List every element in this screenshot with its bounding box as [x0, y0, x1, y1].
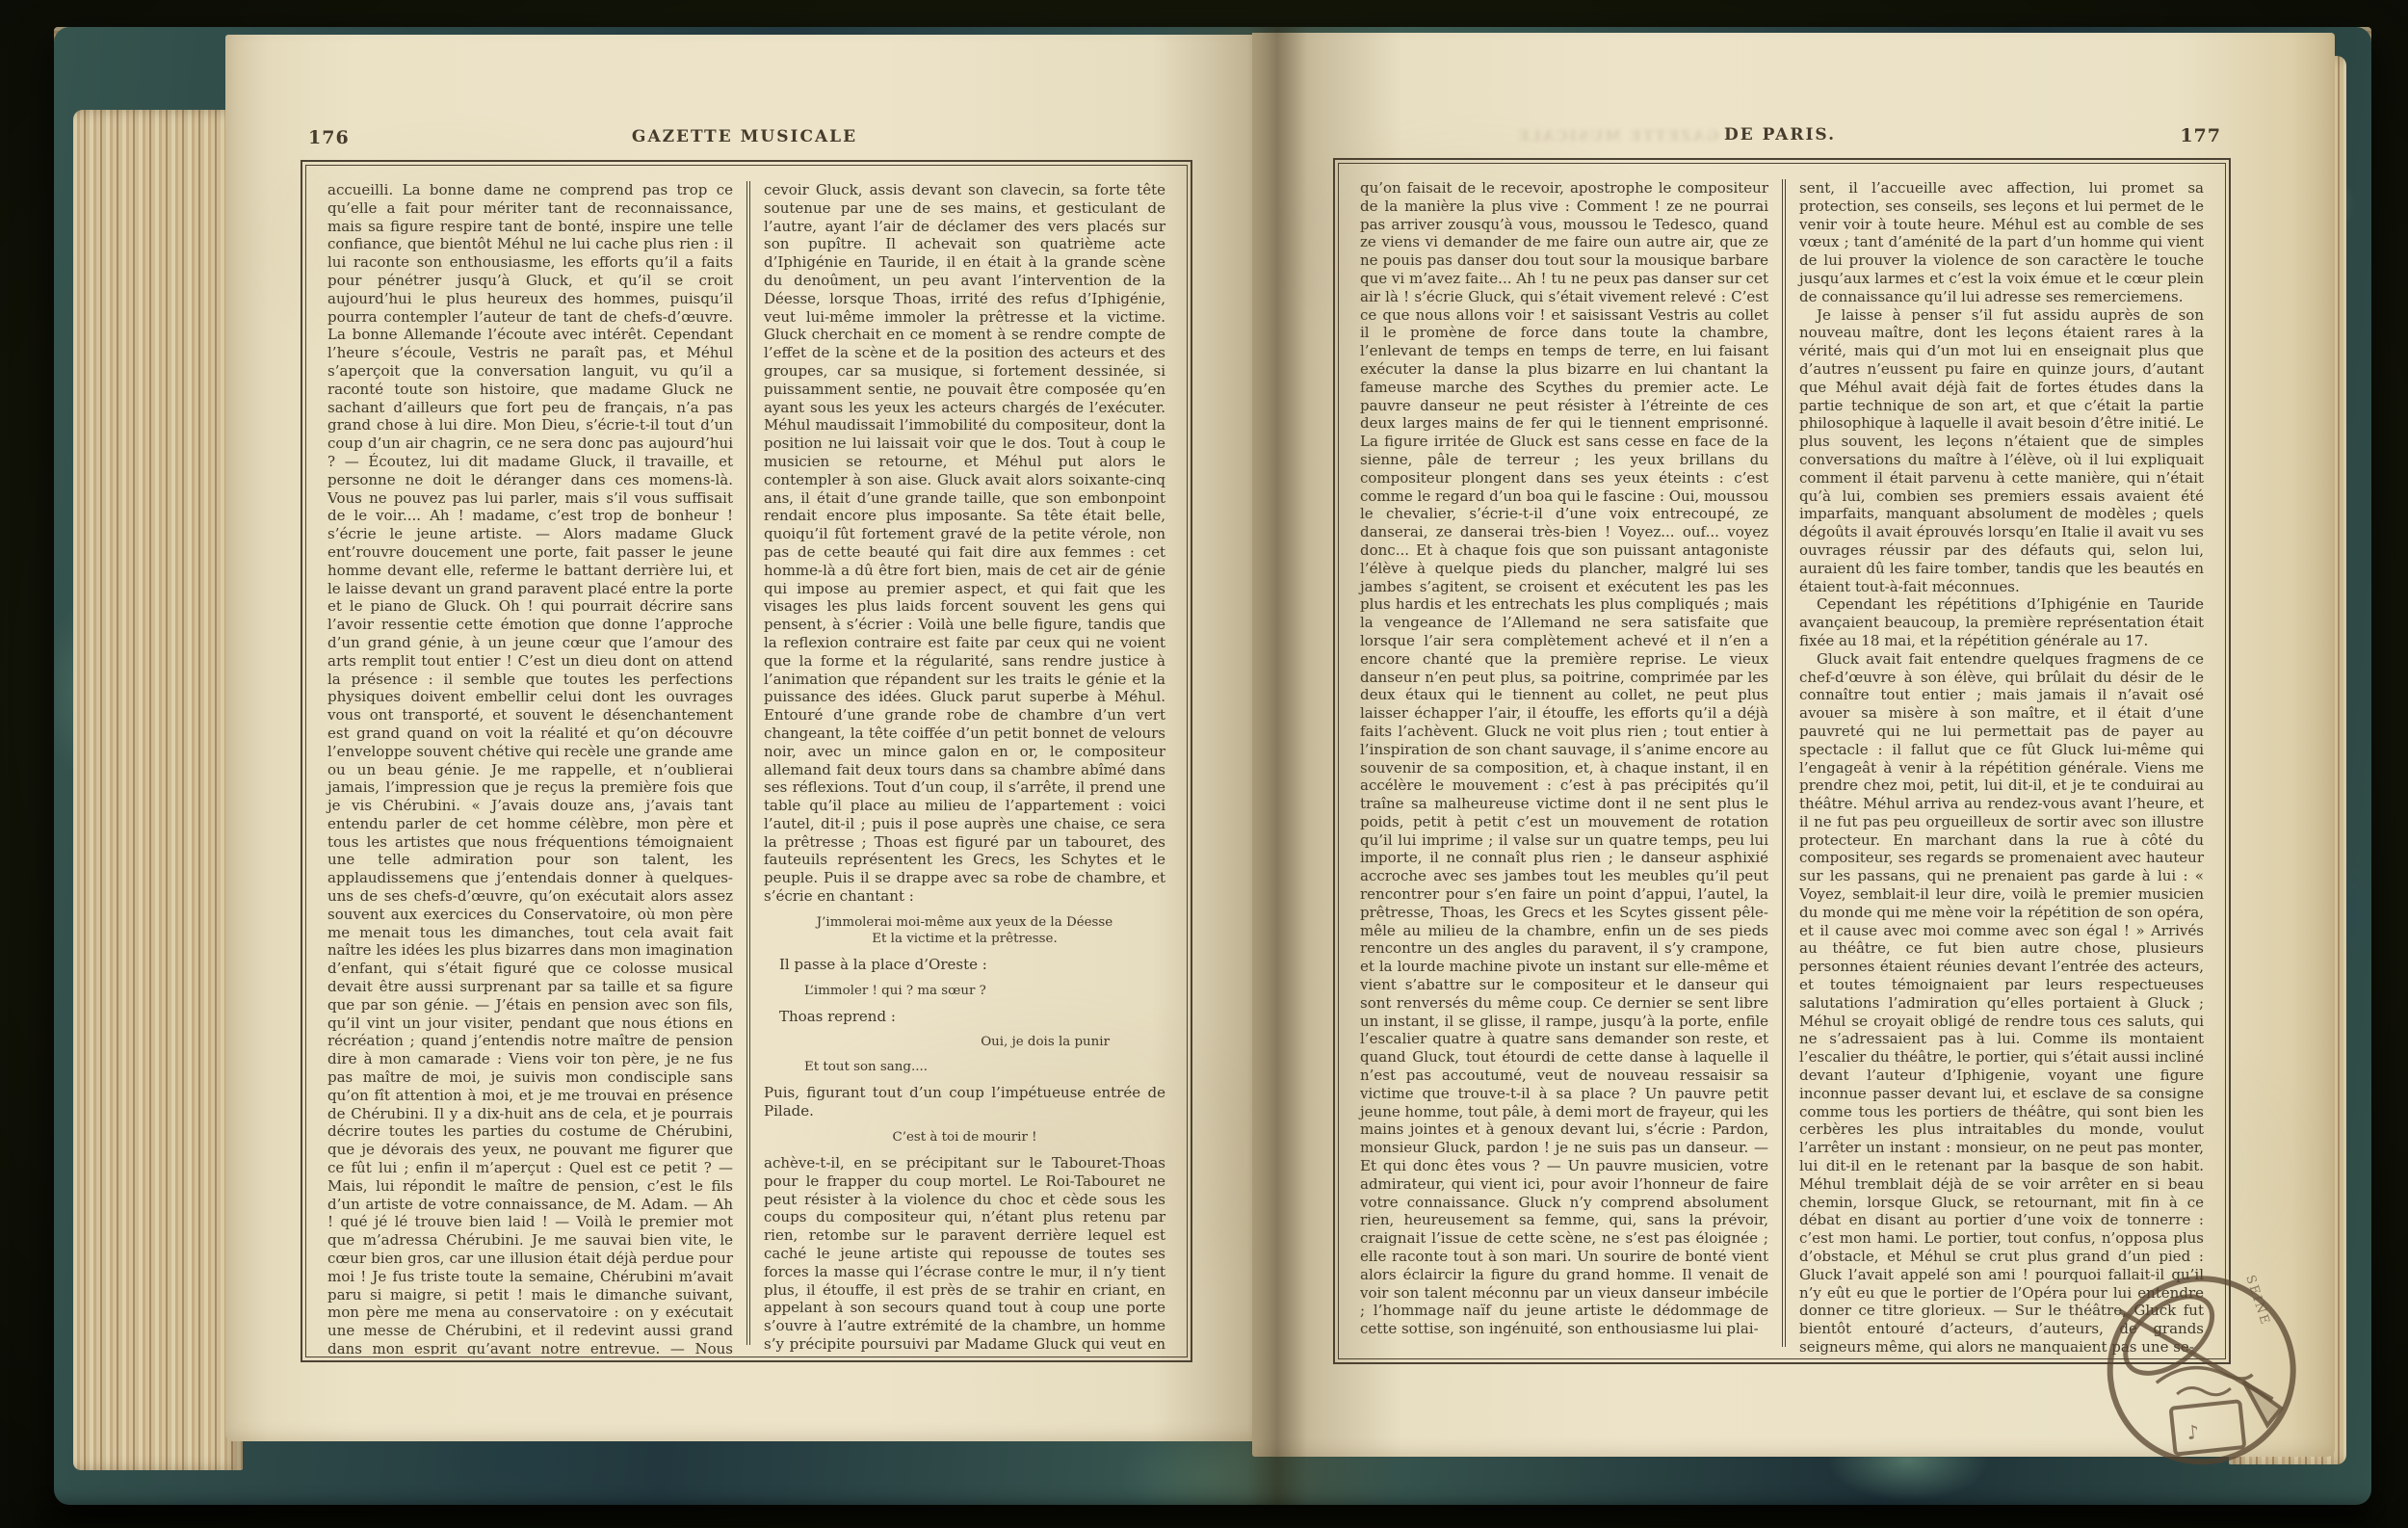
verse: J’immolerai moi-même aux yeux de la Dées… — [764, 914, 1165, 947]
paragraph: qu’on faisait de le recevoir, apostrophe… — [1360, 179, 1768, 1338]
right-page: GAZETTE MUSICALE DE PARIS. 177 qu’on fai… — [1252, 33, 2335, 1457]
stamp-center-mark: ♪ — [2186, 1420, 2200, 1444]
paragraph: achève-t-il, en se précipitant sur le Ta… — [764, 1154, 1165, 1355]
running-head-left: GAZETTE MUSICALE — [301, 127, 1189, 146]
verse-line: J’immolerai moi-même aux yeux de la Dées… — [764, 914, 1165, 931]
paragraph: sent, il l’accueille avec affection, lui… — [1799, 179, 2204, 306]
open-book: 176 GAZETTE MUSICALE accueilli. La bonne… — [54, 27, 2371, 1505]
left-page-text-frame: accueilli. La bonne dame ne comprend pas… — [301, 160, 1192, 1362]
paragraph: Gluck avait fait entendre quelques fragm… — [1799, 650, 2204, 1357]
verse: L’immoler ! qui ? ma sœur ? — [764, 983, 1165, 999]
running-head-right: DE PARIS. — [1333, 125, 2227, 145]
verse-line: Oui, je dois la punir — [764, 1034, 1110, 1050]
page-edges-left — [73, 110, 243, 1470]
verse-line: Et tout son sang.... — [804, 1059, 1165, 1075]
verse-line: Et la victime et la prêtresse. — [764, 931, 1165, 947]
library-ink-stamp: ♪ SEINE — [2087, 1251, 2321, 1494]
book-shadow — [39, 1503, 2369, 1528]
stage-direction: Thoas reprend : — [764, 1008, 1165, 1026]
paragraph: Puis, figurant tout d’un coup l’impétueu… — [764, 1084, 1165, 1120]
stamp-edge-text: SEINE — [2242, 1274, 2272, 1328]
left-page: 176 GAZETTE MUSICALE accueilli. La bonne… — [225, 35, 1310, 1441]
right-page-column-2: sent, il l’accueille avec affection, lui… — [1782, 179, 2217, 1347]
page-number-right: 177 — [2180, 125, 2221, 146]
paragraph: cevoir Gluck, assis devant son clavecin,… — [764, 181, 1165, 906]
right-page-text-frame: qu’on faisait de le recevoir, apostrophe… — [1333, 158, 2231, 1364]
verse: Et tout son sang.... — [764, 1059, 1165, 1075]
photo-background: 176 GAZETTE MUSICALE accueilli. La bonne… — [0, 0, 2408, 1528]
verse-line: L’immoler ! qui ? ma sœur ? — [804, 983, 1165, 999]
right-page-column-1: qu’on faisait de le recevoir, apostrophe… — [1347, 179, 1782, 1347]
verse: Oui, je dois la punir — [764, 1034, 1165, 1050]
stage-direction: Il passe à la place d’Oreste : — [764, 956, 1165, 974]
book-photograph: { "publication": { "left_running_head": … — [0, 0, 2408, 1528]
paragraph: Cependant les répétitions d’Iphigénie en… — [1799, 595, 2204, 649]
left-page-column-1: accueilli. La bonne dame ne comprend pas… — [314, 181, 746, 1345]
paragraph: accueilli. La bonne dame ne comprend pas… — [327, 181, 733, 1355]
left-page-column-2: cevoir Gluck, assis devant son clavecin,… — [746, 181, 1179, 1345]
left-page-header: 176 GAZETTE MUSICALE — [301, 127, 1189, 156]
right-page-header: GAZETTE MUSICALE DE PARIS. 177 — [1333, 125, 2227, 154]
verse-line: C’est à toi de mourir ! — [764, 1129, 1165, 1146]
paragraph: Je laisse à penser s’il fut assidu auprè… — [1799, 306, 2204, 596]
verse: C’est à toi de mourir ! — [764, 1129, 1165, 1146]
hunting-horn-stamp-icon: ♪ SEINE — [2087, 1251, 2321, 1494]
